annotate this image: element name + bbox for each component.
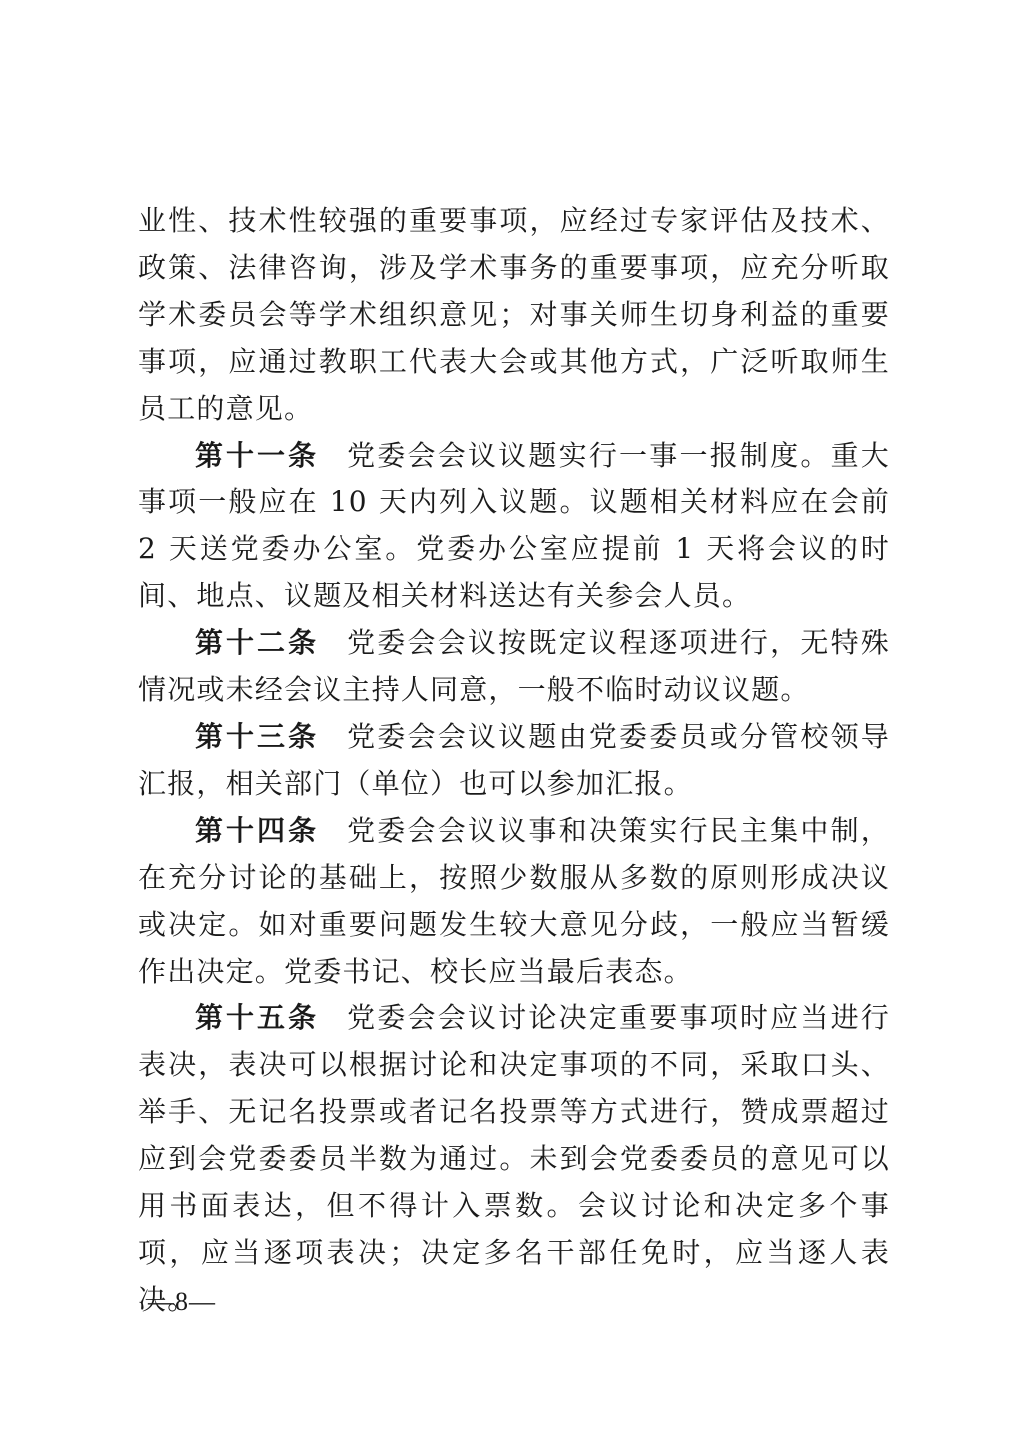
article-number: 第十四条 bbox=[195, 814, 319, 847]
article-text: 党委会会议讨论决定重要事项时应当进行表决，表决可以根据讨论和决定事项的不同，采取… bbox=[138, 1001, 890, 1315]
document-body: 业性、技术性较强的重要事项，应经过专家评估及技术、政策、法律咨询，涉及学术事务的… bbox=[138, 198, 890, 1324]
article-14: 第十四条党委会会议议事和决策实行民主集中制，在充分讨论的基础上，按照少数服从多数… bbox=[138, 808, 890, 996]
document-page: 业性、技术性较强的重要事项，应经过专家评估及技术、政策、法律咨询，涉及学术事务的… bbox=[0, 0, 1024, 1448]
article-12: 第十二条党委会会议按既定议程逐项进行，无特殊情况或未经会议主持人同意，一般不临时… bbox=[138, 620, 890, 714]
page-number: —8— bbox=[148, 1287, 216, 1317]
article-number: 第十一条 bbox=[195, 439, 319, 472]
article-15: 第十五条党委会会议讨论决定重要事项时应当进行表决，表决可以根据讨论和决定事项的不… bbox=[138, 995, 890, 1323]
article-number: 第十五条 bbox=[195, 1001, 319, 1034]
article-11: 第十一条党委会会议议题实行一事一报制度。重大事项一般应在 10 天内列入议题。议… bbox=[138, 433, 890, 621]
article-13: 第十三条党委会会议议题由党委委员或分管校领导汇报，相关部门（单位）也可以参加汇报… bbox=[138, 714, 890, 808]
article-number: 第十三条 bbox=[195, 720, 319, 753]
article-number: 第十二条 bbox=[195, 626, 319, 659]
continuation-paragraph: 业性、技术性较强的重要事项，应经过专家评估及技术、政策、法律咨询，涉及学术事务的… bbox=[138, 198, 890, 433]
paragraph-text: 业性、技术性较强的重要事项，应经过专家评估及技术、政策、法律咨询，涉及学术事务的… bbox=[138, 204, 890, 425]
